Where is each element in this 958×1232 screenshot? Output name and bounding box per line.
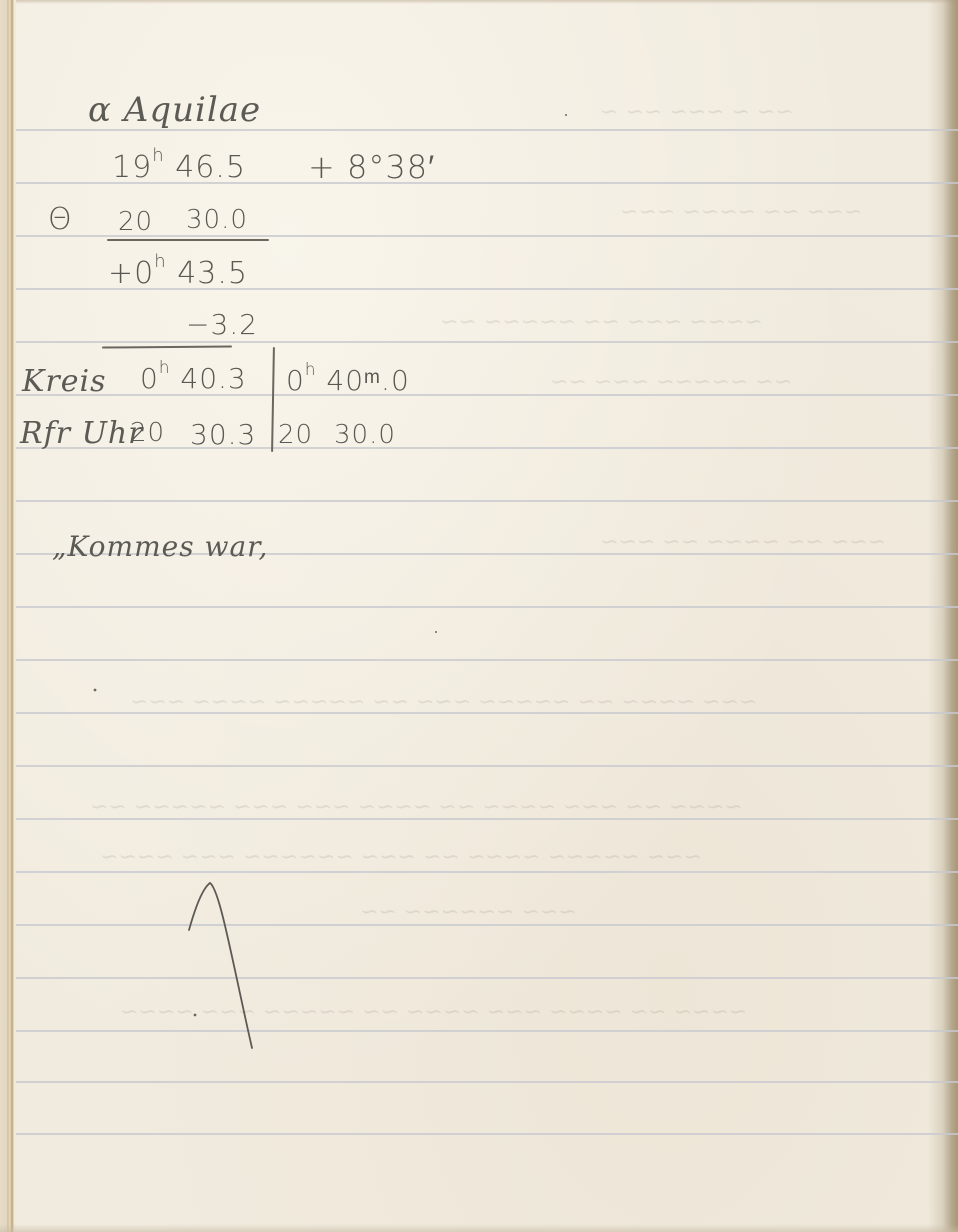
notebook-page: ~~ ~ ~~~ ~~ ~ ~~~ ~~ ~~~~ ~~~ ~~~~ ~~~ ~…: [0, 0, 958, 1232]
pencil-curve-mark: [0, 0, 958, 1232]
